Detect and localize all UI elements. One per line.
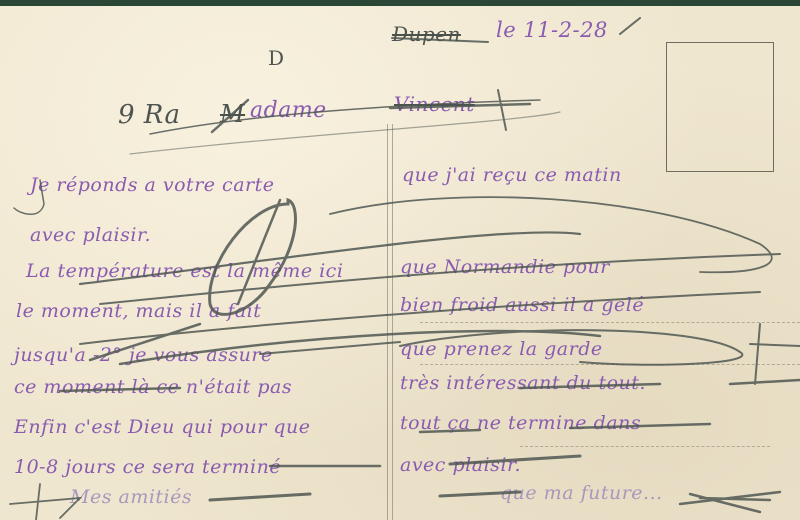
line-7-right: tout ça ne termine dans [400, 412, 641, 434]
address-line [520, 446, 770, 447]
salutation-name-crossed: Vincent [394, 92, 475, 116]
line-8-right: avec plaisir. [400, 454, 521, 476]
line-6-left: ce moment là ce n'était pas [14, 376, 292, 398]
line-3-right: que Normandie pour [400, 256, 610, 278]
line-9-left: Mes amitiés [70, 486, 192, 508]
salutation-text: adame [250, 98, 327, 123]
scan-border [0, 0, 800, 6]
stamp-box [666, 42, 774, 172]
line-3-left: La température est la même ici [26, 260, 343, 282]
line-2-left: avec plaisir. [30, 224, 151, 246]
line-4-left: le moment, mais il a fait [16, 300, 261, 322]
postcard-back: Dupen le 11-2-28 D 9 Ra M adame Vincent … [0, 4, 800, 520]
line-8-left: 10-8 jours ce sera terminé [14, 456, 281, 478]
line-7-left: Enfin c'est Dieu qui pour que [14, 416, 310, 438]
date: le 11-2-28 [496, 18, 608, 42]
line-5-right: que prenez la garde [400, 338, 603, 360]
line-9-right: que ma future... [500, 482, 663, 504]
letter-mark: D [268, 46, 285, 70]
salutation-initial-crossed: M [220, 100, 245, 128]
place-crossed-out: Dupen [392, 22, 461, 46]
address-line [420, 364, 800, 365]
center-divider [387, 124, 393, 520]
salutation-prefix: 9 Ra [118, 100, 180, 130]
address-line [420, 322, 800, 323]
line-6-right: très intéressant du tout. [400, 372, 646, 394]
line-5-left: jusqu'a -2° je vous assure [14, 344, 273, 366]
line-1-left: Je réponds a votre carte [30, 174, 275, 196]
line-1-right: que j'ai reçu ce matin [402, 164, 622, 186]
line-4-right: bien froid aussi il a gelé [400, 294, 644, 316]
